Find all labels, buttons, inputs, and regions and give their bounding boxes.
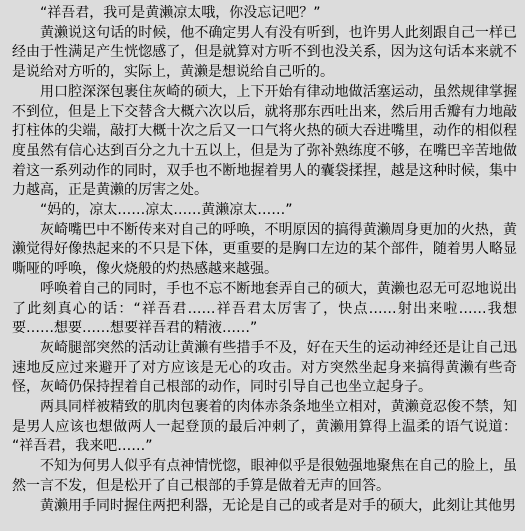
paragraph-2: 黄濑说这句话的时候，他不确定男人有没有听到，也许男人此刻跟自己一样已经由于性满足… [12,24,517,83]
paragraph-5: 灰崎嘴巴中不断传来对自己的呼唤，不明原因的搞得黄濑周身更加的火热，黄濑觉得好像热… [12,221,517,280]
paragraph-dialogue-4: “妈的，凉太……凉太……黄濑凉太……” [12,201,517,221]
paragraph-10-truncated: 黄濑用手同时握住两把利器，无论是自己的或者是对手的硕大，此刻让其他男 [12,497,517,517]
reader-text-page[interactable]: “祥吾君，我可是黄濑凉太哦，你没忘记吧？” 黄濑说这句话的时候，他不确定男人有没… [0,0,525,531]
paragraph-3: 用口腔深深包裹住灰崎的硕大，上下开始有律动地做活塞运动，虽然规律掌握不到位，但是… [12,83,517,201]
paragraph-dialogue-1: “祥吾君，我可是黄濑凉太哦，你没忘记吧？” [12,4,517,24]
paragraph-6: 呼唤着自己的同时，手也不忘不断地套弄自己的硕大，黄濑也忍无可忍地说出了此刻真心的… [12,280,517,339]
paragraph-7: 灰崎腿部突然的活动让黄濑有些措手不及，好在天生的运动神经还是让自己迅速地反应过来… [12,339,517,398]
paragraph-8: 两具同样被精致的肌肉包裹着的肉体赤条条地坐立相对，黄濑竟忍俊不禁，知是男人应该也… [12,398,517,457]
paragraph-9: 不知为何男人似乎有点神情恍惚，眼神似乎是很勉强地聚焦在自己的脸上，虽然一言不发，… [12,457,517,496]
